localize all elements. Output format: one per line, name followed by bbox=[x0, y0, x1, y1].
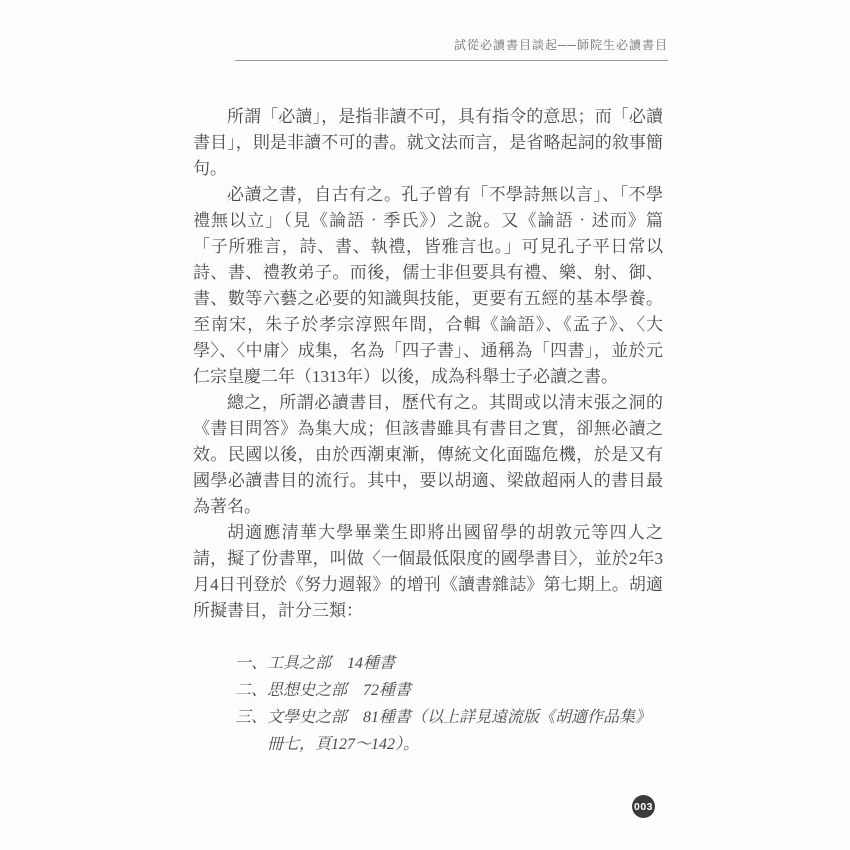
running-head: 試從必讀書目談起──師院生必讀書目 bbox=[235, 36, 668, 61]
page-number-badge: 003 bbox=[632, 795, 655, 818]
body-paragraph: 總之，所謂必讀書目，歷代有之。其間或以清末張之洞的《書目問答》為集大成；但該書雖… bbox=[193, 390, 663, 520]
book-list-item: 一、工具之部 14種書 bbox=[235, 650, 663, 677]
body-paragraph: 所謂「必讀」，是指非讀不可，具有指令的意思；而「必讀書目」，則是非讀不可的書。就… bbox=[193, 104, 663, 182]
book-page: 試從必讀書目談起──師院生必讀書目 所謂「必讀」，是指非讀不可，具有指令的意思；… bbox=[0, 0, 850, 850]
book-list-item: 二、思想史之部 72種書 bbox=[235, 677, 663, 704]
body-text: 所謂「必讀」，是指非讀不可，具有指令的意思；而「必讀書目」，則是非讀不可的書。就… bbox=[193, 104, 663, 758]
book-list: 一、工具之部 14種書 二、思想史之部 72種書 三、文學史之部 81種書（以上… bbox=[193, 650, 663, 758]
body-paragraph: 必讀之書，自古有之。孔子曾有「不學詩無以言」、「不學禮無以立」（見《論語‧季氏》… bbox=[193, 182, 663, 390]
book-list-item: 三、文學史之部 81種書（以上詳見遠流版《胡適作品集》冊七，頁127～142）。 bbox=[235, 704, 663, 758]
body-paragraph: 胡適應清華大學畢業生即將出國留學的胡敦元等四人之請，擬了份書單，叫做〈一個最低限… bbox=[193, 520, 663, 624]
